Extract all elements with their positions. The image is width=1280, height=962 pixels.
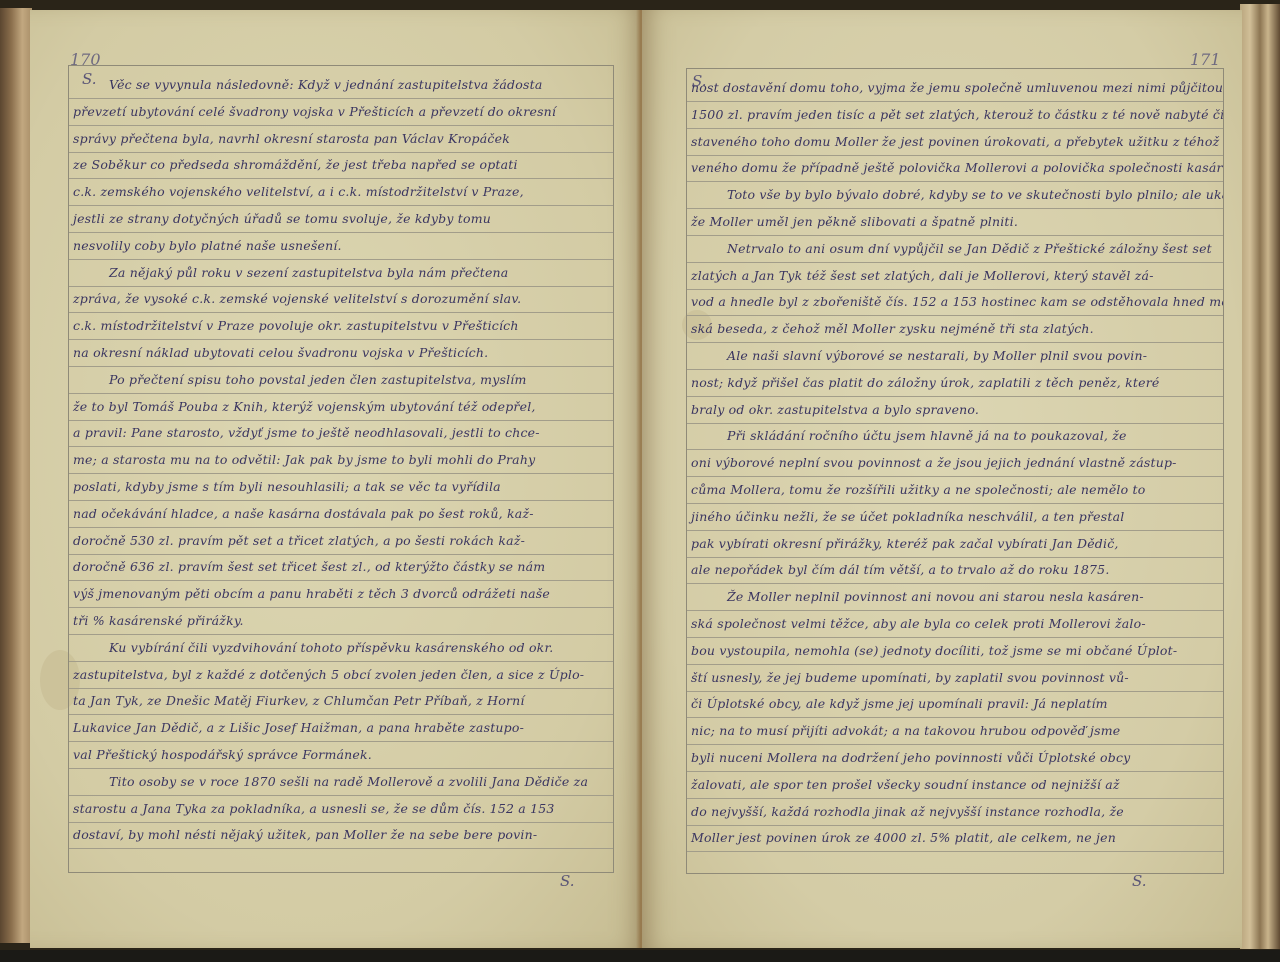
handwritten-line: c.k. zemského vojenského velitelství, a … — [69, 179, 613, 206]
continuation-mark: S. — [1132, 872, 1147, 890]
handwritten-line: jestli ze strany dotyčných úřadů se tomu… — [69, 206, 613, 233]
handwritten-line: či Úplotské obcy, ale když jsme jej upom… — [687, 691, 1223, 718]
handwritten-line: pak vybírati okresní přirážky, kteréž pa… — [687, 531, 1223, 558]
handwritten-line: Netrvalo to ani osum dní vypůjčil se Jan… — [687, 236, 1223, 263]
continuation-mark: S. — [560, 872, 575, 890]
handwritten-line: Lukavice Jan Dědič, a z Lišic Josef Haiž… — [69, 715, 613, 742]
handwritten-line: výš jmenovaným pěti obcím a panu hraběti… — [69, 581, 613, 608]
handwritten-line: nic; na to musí přijíti advokát; a na ta… — [687, 718, 1223, 745]
handwritten-line: ská společnost velmi těžce, aby ale byla… — [687, 611, 1223, 638]
handwritten-line: správy přečtena byla, navrhl okresní sta… — [69, 126, 613, 153]
handwritten-line: zpráva, že vysoké c.k. zemské vojenské v… — [69, 286, 613, 313]
handwritten-line: Že Moller neplnil povinnost ani novou an… — [687, 584, 1223, 611]
handwritten-line: staveného toho domu Moller že jest povin… — [687, 129, 1223, 156]
handwritten-line: byli nuceni Mollera na dodržení jeho pov… — [687, 745, 1223, 772]
handwritten-line: nesvolily coby bylo platné naše usnešení… — [69, 233, 613, 260]
handwritten-line: ští usnesly, že jej budeme upomínati, by… — [687, 665, 1223, 692]
right-page: 171 nost dostavění domu toho, vyjma že j… — [642, 10, 1242, 948]
handwritten-line: poslati, kdyby jsme s tím byli nesouhlas… — [69, 474, 613, 501]
handwritten-line: dostaví, by mohl nésti nějaký užitek, pa… — [69, 822, 613, 849]
handwritten-line: veného domu že případně ještě polovička … — [687, 155, 1223, 182]
page-number: 171 — [1190, 50, 1221, 69]
handwritten-line: že to byl Tomáš Pouba z Knih, kterýž voj… — [69, 394, 613, 421]
handwritten-line: žalovati, ale spor ten prošel všecky sou… — [687, 772, 1223, 799]
section-mark: S. — [692, 72, 707, 90]
handwritten-line: oni výborové neplní svou povinnost a že … — [687, 450, 1223, 477]
handwritten-line: c.k. místodržitelství v Praze povoluje o… — [69, 313, 613, 340]
handwritten-line: bou vystoupila, nemohla (se) jednoty doc… — [687, 638, 1223, 665]
handwritten-line: Tito osoby se v roce 1870 sešli na radě … — [69, 769, 613, 796]
handwritten-line: ská beseda, z čehož měl Moller zysku nej… — [687, 316, 1223, 343]
handwritten-line: Při skládání ročního účtu jsem hlavně já… — [687, 423, 1223, 450]
handwritten-line: me; a starosta mu na to odvětil: Jak pak… — [69, 447, 613, 474]
handwritten-line: doročně 530 zl. pravím pět set a třicet … — [69, 528, 613, 555]
handwritten-line: Věc se vyvynula následovně: Když v jedná… — [69, 72, 613, 99]
ruled-frame: Věc se vyvynula následovně: Když v jedná… — [68, 65, 614, 873]
handwritten-line: ta Jan Tyk, ze Dnešic Matěj Fiurkev, z C… — [69, 688, 613, 715]
handwritten-line: Ku vybírání čili vyzdvihování tohoto pří… — [69, 635, 613, 662]
handwritten-line: zastupitelstva, byl z každé z dotčených … — [69, 662, 613, 689]
ruled-frame: nost dostavění domu toho, vyjma že jemu … — [686, 68, 1224, 874]
handwritten-line: starostu a Jana Tyka za pokladníka, a us… — [69, 796, 613, 823]
handwritten-line: doročně 636 zl. pravím šest set třicet š… — [69, 554, 613, 581]
handwritten-line: ale nepořádek byl čím dál tím větší, a t… — [687, 557, 1223, 584]
handwritten-line: ze Soběkur co předseda shromáždění, že j… — [69, 152, 613, 179]
handwritten-line: že Moller uměl jen pěkně slibovati a špa… — [687, 209, 1223, 236]
handwritten-line: Toto vše by bylo bývalo dobré, kdyby se … — [687, 182, 1223, 209]
handwritten-line: 1500 zl. pravím jeden tisíc a pět set zl… — [687, 102, 1223, 129]
handwritten-line: na okresní náklad ubytovati celou švadro… — [69, 340, 613, 367]
handwritten-line: jiného účinku nežli, že se účet pokladní… — [687, 504, 1223, 531]
handwritten-line: braly od okr. zastupitelstva a bylo spra… — [687, 397, 1223, 424]
handwritten-line: Za nějaký půl roku v sezení zastupitelst… — [69, 260, 613, 287]
handwritten-line: nost dostavění domu toho, vyjma že jemu … — [687, 75, 1223, 102]
handwritten-line: nost; když přišel čas platit do záložny … — [687, 370, 1223, 397]
left-page: 170 Věc se vyvynula následovně: Když v j… — [30, 10, 642, 948]
handwritten-line: do nejvyšší, každá rozhodla jinak až nej… — [687, 799, 1223, 826]
handwritten-line: převzetí ubytování celé švadrony vojska … — [69, 99, 613, 126]
handwritten-line: cůma Mollera, tomu že rozšířili užitky a… — [687, 477, 1223, 504]
book-edge-right — [1240, 4, 1280, 949]
handwritten-line: nad očekávání hladce, a naše kasárna dos… — [69, 501, 613, 528]
handwritten-line: val Přeštický hospodářský správce Formán… — [69, 742, 613, 769]
open-book: 170 Věc se vyvynula následovně: Když v j… — [0, 0, 1280, 950]
section-mark: S. — [82, 70, 97, 88]
handwritten-line: Ale naši slavní výborové se nestarali, b… — [687, 343, 1223, 370]
handwritten-line: zlatých a Jan Tyk též šest set zlatých, … — [687, 263, 1223, 290]
handwritten-line: a pravil: Pane starosto, vždyť jsme to j… — [69, 420, 613, 447]
handwritten-line: vod a hnedle byl z zbořeniště čís. 152 a… — [687, 289, 1223, 316]
book-edge-left — [0, 8, 32, 943]
handwritten-line: tři % kasárenské přirážky. — [69, 608, 613, 635]
handwritten-line: Moller jest povinen úrok ze 4000 zl. 5% … — [687, 825, 1223, 852]
handwritten-line: Po přečtení spisu toho povstal jeden čle… — [69, 367, 613, 394]
